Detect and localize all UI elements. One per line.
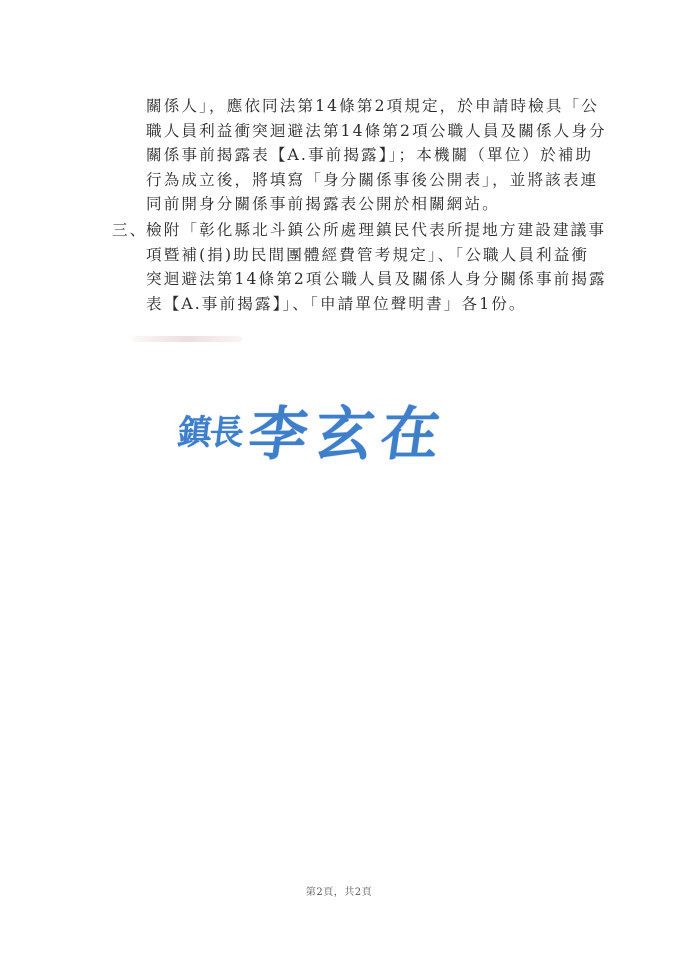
- text-line: 突迴避法第14條第2項公職人員及關係人身分關係事前揭露: [146, 267, 607, 292]
- text-line: 關係事前揭露表【A.事前揭露】」；本機關（單位）於補助: [146, 143, 626, 168]
- text-line: 檢附「彰化縣北斗鎮公所處理鎮民代表所提地方建設建議事: [146, 218, 607, 243]
- list-item-body: 檢附「彰化縣北斗鎮公所處理鎮民代表所提地方建設建議事 項暨補(捐)助民間團體經費…: [146, 218, 607, 316]
- text-line: 同前開身分關係事前揭露表公開於相關網站。: [146, 192, 626, 217]
- text-line: 關係人」，應依同法第14條第2項規定，於申請時檢具「公: [146, 94, 626, 119]
- signature-name: 李玄在: [244, 387, 454, 471]
- text-line: 行為成立後，將填寫「身分關係事後公開表」，並將該表連: [146, 168, 626, 193]
- list-marker: 三、: [112, 218, 147, 243]
- signature-title: 鎮長: [175, 405, 244, 454]
- continued-paragraph: 關係人」，應依同法第14條第2項規定，於申請時檢具「公 職人員利益衝突迴避法第1…: [146, 94, 626, 217]
- text-line: 項暨補(捐)助民間團體經費管考規定」、「公職人員利益衝: [146, 243, 607, 268]
- text-line: 職人員利益衝突迴避法第14條第2項公職人員及關係人身分: [146, 119, 626, 144]
- text-line: 表【A.事前揭露】」、「申請單位聲明書」各1份。: [146, 292, 607, 317]
- document-page: 關係人」，應依同法第14條第2項規定，於申請時檢具「公 職人員利益衝突迴避法第1…: [0, 0, 678, 960]
- signature-stamp: 鎮長 李玄在: [178, 392, 448, 466]
- scan-smudge: [132, 336, 242, 342]
- page-footer: 第2頁，共2頁: [0, 883, 678, 898]
